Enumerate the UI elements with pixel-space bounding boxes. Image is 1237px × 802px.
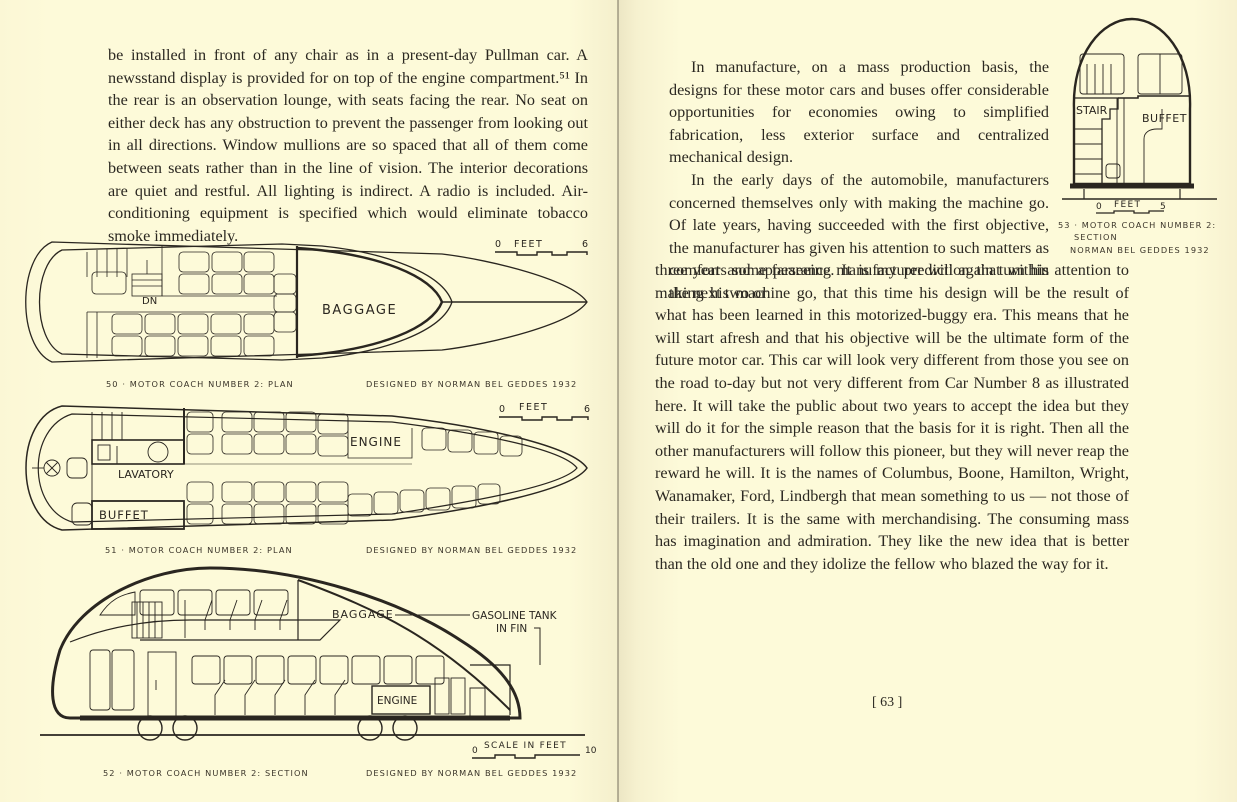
figure-53-caption-line1: 53 · MOTOR COACH NUMBER 2: — [1058, 220, 1216, 230]
figure-52-caption: 52 · MOTOR COACH NUMBER 2: SECTION — [103, 768, 309, 778]
svg-text:BUFFET: BUFFET — [1142, 112, 1187, 125]
figure-53-caption-line2: SECTION — [1074, 232, 1118, 242]
left-page-paragraph: be installed in front of any chair as in… — [108, 44, 588, 247]
svg-text:GASOLINE TANK: GASOLINE TANK — [472, 610, 558, 622]
svg-text:FEET: FEET — [514, 239, 543, 250]
right-paragraph-1: In manufacture, on a mass production bas… — [669, 56, 1049, 169]
left-paragraph-text: be installed in front of any chair as in… — [108, 44, 588, 247]
svg-text:BUFFET: BUFFET — [99, 508, 149, 522]
right-page-text-bottom: three years some farseeing manufacturer … — [655, 259, 1129, 575]
svg-text:6: 6 — [582, 239, 588, 250]
svg-text:0: 0 — [472, 746, 478, 756]
book-gutter — [617, 0, 619, 802]
svg-text:0: 0 — [495, 239, 501, 250]
svg-text:ENGINE: ENGINE — [350, 435, 402, 449]
svg-text:0: 0 — [499, 404, 505, 415]
svg-text:IN FIN: IN FIN — [496, 623, 527, 635]
page-number: [ 63 ] — [872, 695, 902, 711]
svg-text:LAVATORY: LAVATORY — [118, 468, 174, 481]
right-paragraph-2-bottom: three years some farseeing manufacturer … — [655, 259, 1129, 575]
figure-53-credit: NORMAN BEL GEDDES 1932 — [1070, 245, 1210, 255]
svg-text:FEET: FEET — [519, 402, 548, 413]
svg-text:BAGGAGE: BAGGAGE — [322, 303, 397, 318]
figure-53-scale: 0 FEET 5 — [1094, 199, 1174, 215]
svg-text:0: 0 — [1096, 202, 1102, 212]
figure-50-caption: 50 · MOTOR COACH NUMBER 2: PLAN — [106, 379, 294, 389]
svg-text:FEET: FEET — [1114, 200, 1141, 210]
figure-53-section-drawing: STAIR BUFFET — [1062, 14, 1217, 204]
figure-51-plan-drawing: ENGINE LAVATORY BUFFET 0 FEET 6 — [22, 398, 592, 538]
svg-text:6: 6 — [584, 404, 590, 415]
figure-51-credit: DESIGNED BY NORMAN BEL GEDDES 1932 — [366, 545, 577, 555]
svg-text:10: 10 — [585, 746, 597, 756]
svg-text:BAGGAGE: BAGGAGE — [332, 608, 394, 621]
figure-52-credit: DESIGNED BY NORMAN BEL GEDDES 1932 — [366, 768, 577, 778]
svg-text:SCALE IN FEET: SCALE IN FEET — [484, 741, 567, 751]
figure-50-plan-drawing: DN BAGGAGE 0 FEET 6 — [22, 232, 592, 372]
figure-51-caption: 51 · MOTOR COACH NUMBER 2: PLAN — [105, 545, 293, 555]
svg-text:DN: DN — [142, 296, 157, 307]
svg-text:ENGINE: ENGINE — [377, 695, 417, 707]
figure-52-section-drawing: BAGGAGE GASOLINE TANK IN FIN ENGINE 0 SC… — [40, 560, 600, 760]
svg-text:STAIR: STAIR — [1076, 104, 1108, 117]
figure-50-credit: DESIGNED BY NORMAN BEL GEDDES 1932 — [366, 379, 577, 389]
